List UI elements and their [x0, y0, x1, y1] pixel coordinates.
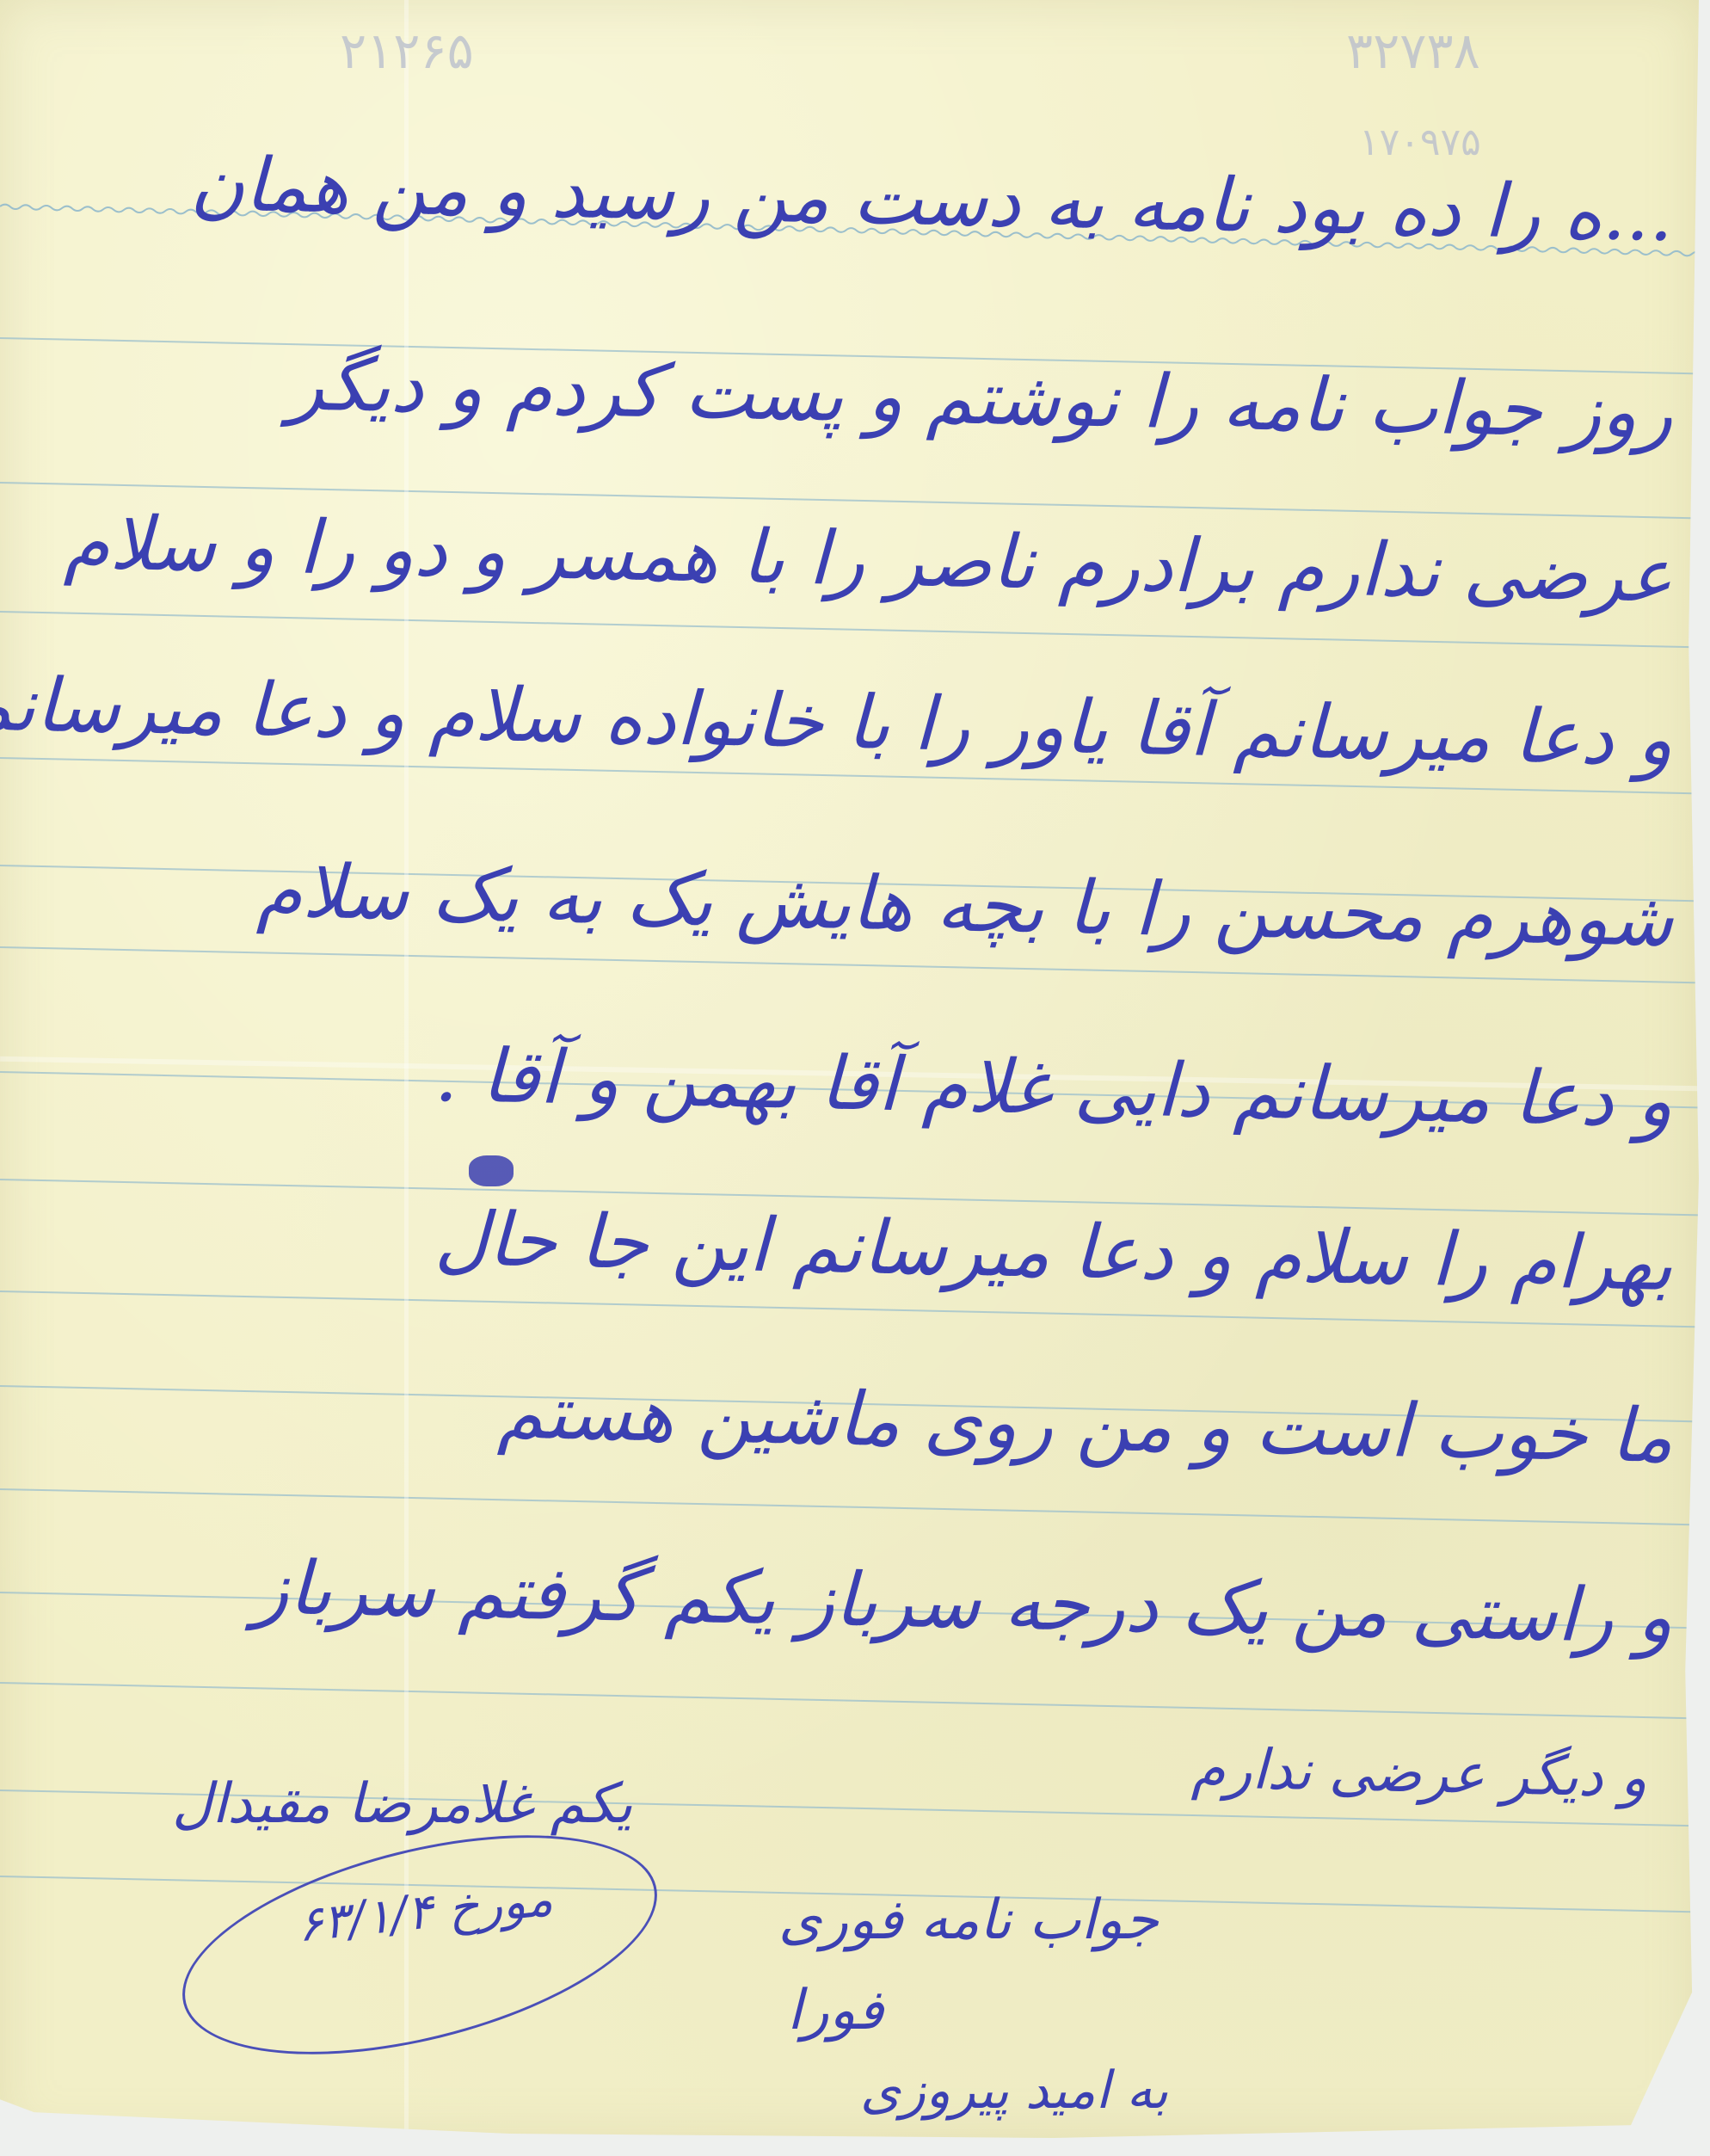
- signature: یکم غلامرضا مقیدال: [172, 1772, 632, 1836]
- ruled-line: [0, 1488, 1699, 1525]
- pencil-note-top-center: ۲۱۲۶۵: [340, 22, 474, 80]
- letter-line-4: و دعا میرسانم آقا یاور را با خانواده سلا…: [0, 661, 1674, 783]
- letter-line-5: شوهرم محسن را با بچه هایش یک به یک سلام: [255, 848, 1674, 964]
- letter-line-6: و دعا میرسانم دایی غلام آقا بهمن و آقا .: [434, 1032, 1674, 1144]
- pencil-note-top-right-2: ۱۷۰۹۷۵: [1359, 120, 1481, 164]
- postscript-immediately: فورا: [787, 1979, 883, 2042]
- letter-paper: ۲۱۲۶۵ ۳۲۷۳۸ ۱۷۰۹۷۵ ...ه را ده بود نامه ب…: [0, 0, 1699, 2142]
- date-circle: [161, 1794, 680, 2096]
- ink-scribble: [469, 1155, 514, 1186]
- letter-line-9: و راستی من یک درجه سرباز یکم گرفتم سرباز: [253, 1544, 1674, 1660]
- letter-line-2: روز جواب نامه را نوشتم و پست کردم و دیگر: [288, 341, 1674, 456]
- ruled-line: [0, 611, 1699, 648]
- postscript-hope-for-victory: به امید پیروزی: [860, 2061, 1168, 2121]
- postscript-reply-urgently: جواب نامه فوری: [778, 1888, 1159, 1952]
- ruled-line: [0, 1682, 1699, 1719]
- letter-line-8: ما خوب است و من روی ماشین هستم: [496, 1369, 1674, 1480]
- letter-line-10: و دیگر عرضی ندارم: [1191, 1737, 1648, 1810]
- letter-line-7: بهرام را سلام و دعا میرسانم این جا حال: [434, 1196, 1674, 1308]
- letter-line-3: عرضی ندارم برادرم ناصر را با همسر و دو ر…: [64, 500, 1674, 619]
- pencil-note-top-right-1: ۳۲۷۳۸: [1346, 22, 1480, 80]
